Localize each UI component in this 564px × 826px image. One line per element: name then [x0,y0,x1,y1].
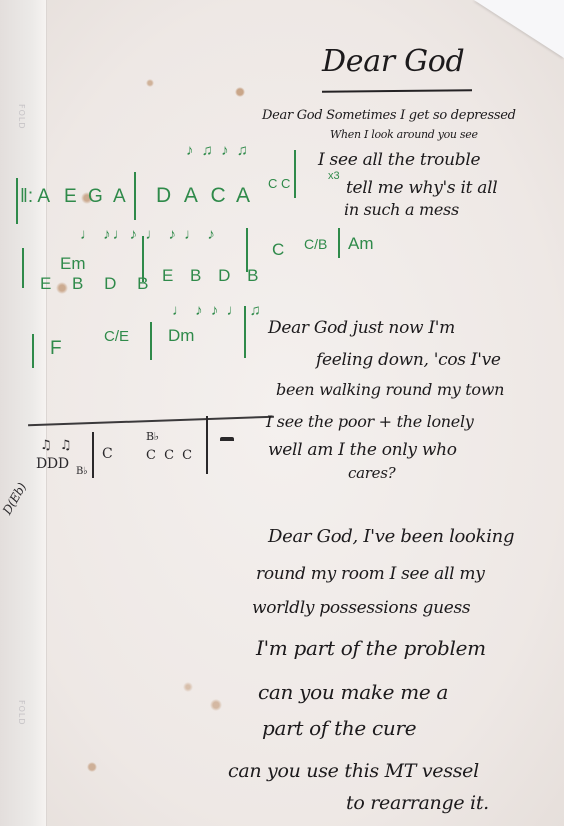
chord-c-over-e: C/E [104,328,118,345]
title-underline [322,89,472,93]
bar-line [338,228,340,258]
bar-line [134,172,136,220]
repeat-annotation: x3 [328,170,340,182]
verse2-line-6: cares? [348,464,395,482]
bar-line [150,322,152,360]
pencil-ccc: C C C [146,448,194,463]
chord-c: C [272,240,284,260]
row3-note-glyphs: ♩ ♪ ♪ ♩ ♫ [172,302,263,319]
bar-line [92,432,94,478]
pencil-bflat: B♭ [76,466,87,477]
whole-rest-mark [220,437,234,441]
verse1-line-3: I see all the trouble [318,150,480,170]
row1-note-glyphs: ♪ ♫ ♪ ♫ [186,142,250,159]
bass-ebdb-2: E B D B [162,266,264,286]
verse2-line-4: I see the poor + the lonely [266,412,474,431]
fold-label-bottom: FOLD [17,700,26,726]
verse1-line-2: When I look around you see [330,128,478,141]
verse3-line-1: Dear God, I've been looking [268,526,514,547]
verse3-line-7: can you use this MT vessel [228,760,479,782]
chord-dm: Dm [168,326,194,346]
verse3-line-3: worldly possessions guess [252,598,470,618]
verse2-line-2: feeling down, 'cos I've [316,350,501,370]
bar-line [22,248,24,288]
chord-ega: E G A [64,186,129,208]
chord-dac: D A C [156,184,230,208]
verse2-line-3: been walking round my town [276,380,504,399]
chord-am: Am [348,234,374,254]
verse3-line-4: I'm part of the problem [256,636,486,660]
pencil-ddd: DDD [36,456,69,472]
verse3-line-6: part of the cure [262,716,416,740]
verse3-line-8: to rearrange it. [346,792,489,814]
bar-line [142,236,144,282]
manuscript-page: FOLD FOLD Dear God Dear God Sometimes I … [0,0,564,826]
verse1-line-5: in such a mess [344,200,459,219]
verse2-line-1: Dear God just now I'm [268,318,455,338]
repeat-bar-start [16,178,18,224]
folded-corner [474,0,564,58]
bar-line [246,228,248,272]
chord-a: ‖: A [20,186,50,208]
verse3-line-5: can you make me a [258,680,448,704]
verse2-line-5: well am I the only who [268,440,457,460]
bar-line [206,416,208,474]
verse1-line-1: Dear God Sometimes I get so depressed [262,108,516,123]
bar-line [32,334,34,368]
chord-em: Em [60,254,86,274]
repeat-bar-end [294,150,296,198]
staff-divider [28,416,274,426]
verse3-line-2: round my room I see all my [256,564,485,584]
chord-c-over-b: C/B [304,236,327,252]
chord-cc: C C [268,176,290,191]
row2-note-glyphs: ♩ ♪♩♪ ♩ ♪ ♩ ♪ [80,226,217,243]
pencil-note-glyphs: ♫ ♫ [40,438,73,453]
chord-f: F [50,338,62,360]
verse1-line-4: tell me why's it all [346,178,497,198]
bar-line [244,306,246,358]
pencil-bflat-2: B♭ [146,430,159,443]
bass-ebdb-1: E B D B [40,274,156,294]
chord-a-2: A [236,184,250,208]
page-title: Dear God [322,44,464,79]
pencil-c: C [102,446,112,462]
fold-label-top: FOLD [17,104,26,130]
